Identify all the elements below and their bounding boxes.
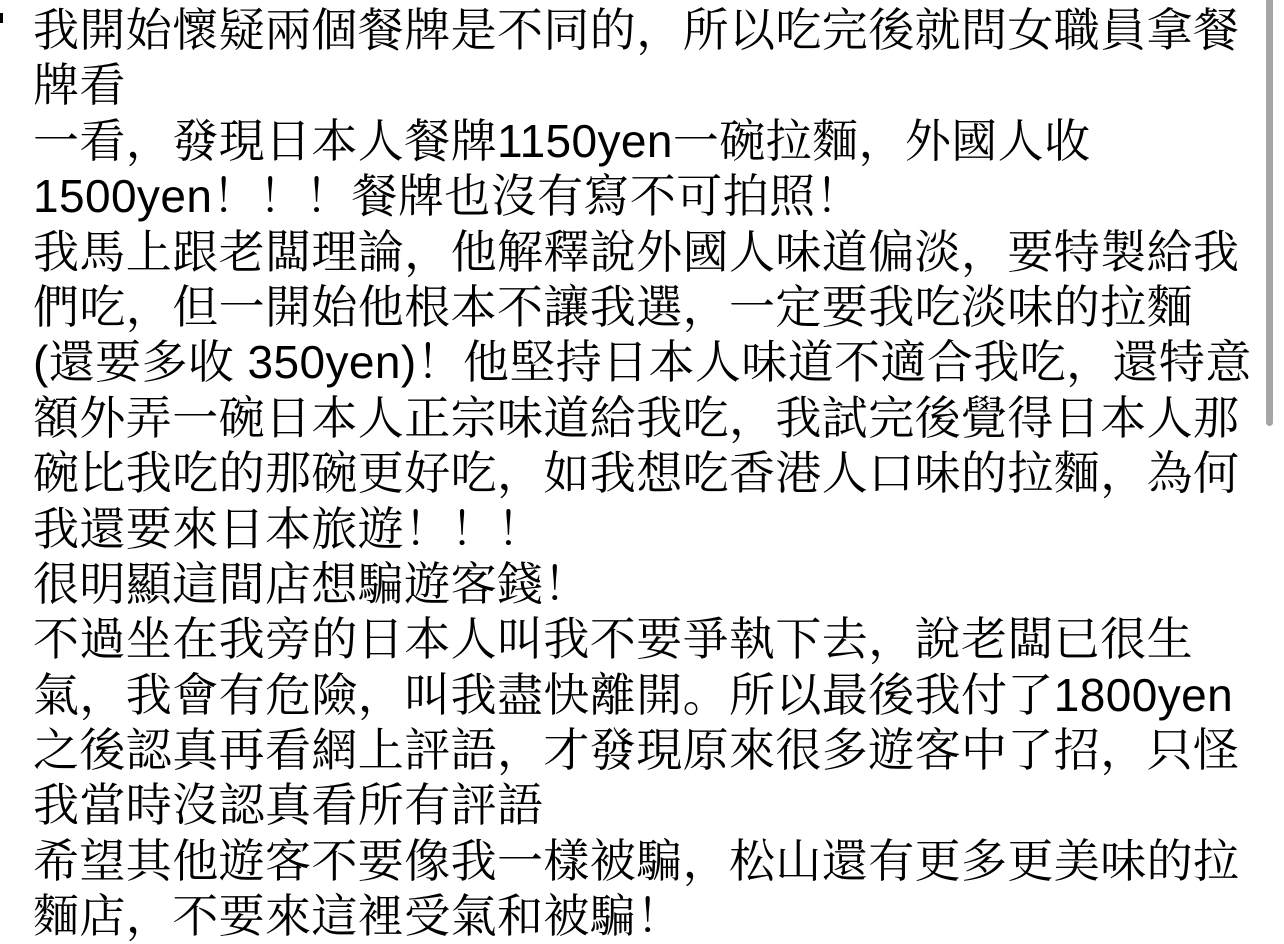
text-line: 氣，我會有危險，叫我盡快離開。所以最後我付了1800yen — [33, 668, 1260, 723]
text-line: 牌看 — [33, 58, 1260, 113]
text-line: (還要多收 350yen)！他堅持日本人味道不適合我吃，還特意 — [33, 335, 1260, 390]
text-line: 我馬上跟老闆理論，他解釋說外國人味道偏淡，要特製給我 — [33, 225, 1260, 280]
text-line: 我開始懷疑兩個餐牌是不同的，所以吃完後就問女職員拿餐 — [33, 3, 1260, 58]
text-line: 們吃，但一開始他根本不讓我選，一定要我吃淡味的拉麵 — [33, 280, 1260, 335]
text-line: 之後認真再看網上評語，才發現原來很多遊客中了招，只怪 — [33, 723, 1260, 778]
text-line: 希望其他遊客不要像我一樣被騙，松山還有更多更美味的拉 — [33, 834, 1260, 889]
text-line: 很明顯這間店想騙遊客錢！ — [33, 557, 1260, 612]
text-line: 我還要來日本旅遊！！！ — [33, 502, 1260, 557]
scrollbar-thumb[interactable] — [1266, 0, 1273, 426]
left-edge-artifact — [0, 13, 3, 23]
text-line: 額外弄一碗日本人正宗味道給我吃，我試完後覺得日本人那 — [33, 391, 1260, 446]
text-line: 不過坐在我旁的日本人叫我不要爭執下去，說老闆已很生 — [33, 612, 1260, 667]
review-text-block: 我開始懷疑兩個餐牌是不同的，所以吃完後就問女職員拿餐 牌看 一看，發現日本人餐牌… — [33, 3, 1260, 944]
text-line: 一看，發現日本人餐牌1150yen一碗拉麵，外國人收 — [33, 114, 1260, 169]
text-line: 我當時沒認真看所有評語 — [33, 778, 1260, 833]
text-line: 碗比我吃的那碗更好吃，如我想吃香港人口味的拉麵，為何 — [33, 446, 1260, 501]
text-line: 1500yen！！！餐牌也沒有寫不可拍照！ — [33, 169, 1260, 224]
text-line: 麵店，不要來這裡受氣和被騙！ — [33, 889, 1260, 944]
